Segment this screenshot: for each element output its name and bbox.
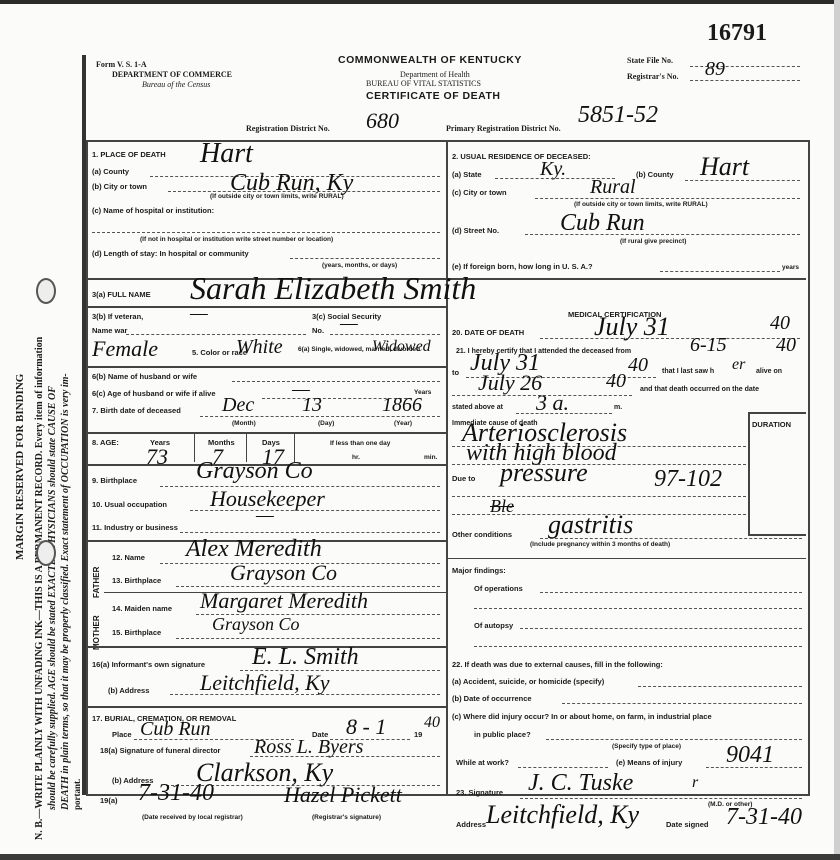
while-at-work-label: While at work? — [456, 758, 509, 767]
due-to-label: Due to — [452, 474, 475, 483]
reg-district-number: 680 — [366, 108, 399, 134]
certifier-signature: J. C. Tuske — [528, 770, 633, 797]
due-to-value: pressure — [500, 458, 588, 488]
birthplace-label: 9. Birthplace — [92, 476, 137, 485]
last-saw-suffix: er — [732, 356, 745, 374]
full-name-value: Sarah Elizabeth Smith — [190, 270, 476, 307]
death-certificate: MARGIN RESERVED FOR BINDING N. B.—WRITE … — [0, 0, 840, 860]
operations-line-2 — [474, 608, 802, 609]
external-c-line — [546, 739, 802, 740]
res-state-label: (a) State — [452, 170, 482, 179]
res-city-label: (c) City or town — [452, 188, 507, 197]
burial-place-label: Place — [112, 730, 132, 739]
external-c-label: (c) Where did injury occur? In or about … — [452, 712, 712, 721]
marital-value: Widowed — [372, 338, 431, 356]
spouse-name-line — [232, 381, 440, 382]
informant-sig-label: 16(a) Informant's own signature — [92, 660, 205, 669]
res-street-hint: (If rural give precinct) — [620, 238, 686, 245]
dept-health: Department of Health — [400, 70, 470, 79]
margin-instructions-1: N. B.—WRITE PLAINLY WITH UNFADING INK—TH… — [34, 337, 45, 840]
birth-month-value: Dec — [222, 394, 254, 417]
birth-year-hint: (Year) — [394, 420, 412, 427]
scan-border-bottom — [0, 854, 840, 860]
reg-district-label: Registration District No. — [246, 124, 330, 133]
birth-date-line — [200, 416, 440, 417]
certifier-sig-line — [520, 798, 802, 799]
last-alive-value: July 26 — [478, 370, 542, 396]
margin-instructions-4: portant. — [72, 779, 82, 810]
occupation-label: 10. Usual occupation — [92, 500, 167, 509]
birthplace-value: Grayson Co — [196, 458, 313, 485]
mother-birth-label: 15. Birthplace — [112, 628, 161, 637]
father-birth-label: 13. Birthplace — [112, 576, 161, 585]
full-name-label: 3(a) FULL NAME — [92, 290, 151, 299]
other-conditions-value: gastritis — [548, 510, 633, 540]
foreign-born-unit: years — [782, 264, 799, 271]
veteran-value: — — [190, 302, 208, 325]
duration-label: DURATION — [752, 420, 791, 429]
immediate-line-2 — [452, 464, 746, 465]
informant-address-label: (b) Address — [108, 686, 149, 695]
duration-box — [748, 412, 806, 536]
birth-row-divider — [86, 432, 446, 434]
occupation-line — [190, 510, 440, 511]
while-at-work-line — [518, 767, 608, 768]
length-stay-label: (d) Length of stay: In hospital or commu… — [92, 249, 249, 258]
ssn-line — [330, 334, 440, 335]
spouse-name-label: 6(b) Name of husband or wife — [92, 372, 197, 381]
attended-to-label: to — [452, 368, 459, 377]
registrar-no-line — [690, 80, 800, 81]
informant-address-value: Leitchfield, Ky — [200, 670, 330, 696]
external-a-line — [638, 686, 802, 687]
birth-date-label: 7. Birth date of deceased — [92, 406, 181, 415]
date-death-line — [540, 338, 800, 339]
certificate-title: CERTIFICATE OF DEATH — [366, 90, 500, 102]
res-county-line — [685, 180, 800, 181]
scan-border-top — [0, 0, 840, 4]
burial-year-prefix: 19 — [414, 730, 422, 739]
attended-to-year: 40 — [628, 354, 648, 377]
major-findings-label: Major findings: — [452, 566, 506, 575]
mother-birth-line — [176, 638, 440, 639]
funeral-director-line — [250, 756, 440, 757]
stated-text: stated above at — [452, 404, 503, 411]
last-alive-year: 40 — [606, 370, 626, 393]
res-street-line — [525, 234, 800, 235]
date-death-label: 20. DATE OF DEATH — [452, 328, 524, 337]
time-suffix: m. — [614, 404, 622, 411]
certifier-sig-suffix: r — [692, 774, 698, 792]
hospital-line — [92, 232, 440, 233]
attended-from-value: 6-15 — [690, 334, 727, 357]
other-conditions-label: Other conditions — [452, 530, 512, 539]
department-name: DEPARTMENT OF COMMERCE — [112, 70, 232, 79]
informant-signature: E. L. Smith — [252, 644, 359, 671]
father-name-label: 12. Name — [112, 553, 145, 562]
res-street-value: Cub Run — [560, 210, 645, 237]
occurred-text: and that death occurred on the date — [640, 386, 759, 393]
place-of-death-title: 1. PLACE OF DEATH — [92, 150, 166, 159]
means-injury-line — [706, 767, 802, 768]
center-divider — [446, 140, 448, 796]
death-county-value: Hart — [200, 138, 253, 170]
res-county-label: (b) County — [636, 170, 674, 179]
last-saw-text: that I last saw h — [662, 368, 714, 375]
external-c-label-2: in public place? — [474, 730, 531, 739]
operations-line-1 — [540, 592, 802, 593]
length-stay-hint: (years, months, or days) — [322, 262, 397, 269]
res-street-label: (d) Street No. — [452, 226, 499, 235]
autopsy-label: Of autopsy — [474, 621, 513, 630]
date-received-hint: (Date received by local registrar) — [142, 814, 243, 821]
death-city-hint: (If outside city or town limits, write R… — [210, 193, 344, 200]
informant-address-line — [170, 694, 440, 695]
min-label: min. — [424, 454, 437, 461]
death-county-label: (a) County — [92, 167, 129, 176]
res-county-value: Hart — [700, 152, 749, 182]
industry-line — [180, 532, 440, 533]
attended-from-year: 40 — [776, 334, 796, 357]
burial-place-value: Cub Run — [140, 718, 211, 741]
hr-label: hr. — [352, 454, 360, 461]
death-city-line — [168, 191, 440, 192]
binding-margin: MARGIN RESERVED FOR BINDING N. B.—WRITE … — [0, 40, 78, 840]
date-received-value: 7-31-40 — [138, 780, 214, 807]
date-signed-value: 7-31-40 — [726, 804, 802, 831]
certifier-address-label: Address — [456, 820, 486, 829]
birth-year-value: 1866 — [382, 394, 422, 417]
hospital-label: (c) Name of hospital or institution: — [92, 206, 214, 215]
res-city-value: Rural — [590, 176, 636, 199]
form-number: Form V. S. 1-A — [96, 60, 147, 69]
external-b-label: (b) Date of occurrence — [452, 694, 532, 703]
funeral-director-label: 18(a) Signature of funeral director — [100, 746, 220, 755]
autopsy-line-2 — [474, 646, 802, 647]
ssn-no-label: No. — [312, 326, 324, 335]
date-signed-label: Date signed — [666, 820, 709, 829]
external-title: 22. If death was due to external causes,… — [452, 660, 663, 669]
registrar-no-label: Registrar's No. — [627, 72, 679, 81]
margin-instructions-3: DEATH in plain terms, so that it may be … — [60, 373, 71, 810]
mother-tag: MOTHER — [92, 615, 101, 650]
scan-border-right — [834, 0, 840, 860]
certifier-address-value: Leitchfield, Ky — [486, 800, 639, 830]
spouse-age-label: 6(c) Age of husband or wife if alive — [92, 389, 216, 398]
foreign-born-line — [660, 271, 780, 272]
birth-month-hint: (Month) — [232, 420, 256, 427]
veteran-label: 3(b) If veteran, — [92, 312, 143, 321]
residence-title: 2. USUAL RESIDENCE OF DECEASED: — [452, 152, 591, 161]
external-a-label: (a) Accident, suicide, or homicide (spec… — [452, 677, 604, 686]
certifier-sig-label: 23. Signature — [456, 788, 503, 797]
father-birth-line — [176, 586, 440, 587]
hospital-hint: (If not in hospital or institution write… — [140, 236, 333, 243]
bureau-census: Bureau of the Census — [142, 80, 210, 89]
primary-district-number: 5851-52 — [578, 102, 658, 129]
commonwealth-title: COMMONWEALTH OF KENTUCKY — [338, 54, 522, 66]
alive-on-text: alive on — [756, 368, 782, 375]
industry-label: 11. Industry or business — [92, 523, 178, 532]
birth-day-value: 13 — [302, 394, 322, 417]
ssn-value: — — [340, 312, 358, 335]
date-death-year: 40 — [770, 312, 790, 335]
res-city-line — [535, 198, 800, 199]
mother-name-label: 14. Maiden name — [112, 604, 172, 613]
father-birth-value: Grayson Co — [230, 560, 337, 586]
color-value: White — [236, 336, 283, 359]
name-war-label: Name war — [92, 326, 127, 335]
age-years-value: 73 — [146, 444, 168, 470]
time-line — [516, 413, 612, 414]
res-city-hint: (If outside city or town limits, write R… — [574, 201, 708, 208]
name-divider — [86, 306, 446, 308]
sex-row-divider — [86, 366, 446, 368]
registrar-number: 89 — [705, 58, 725, 81]
mother-birth-value: Grayson Co — [212, 614, 300, 635]
other-conditions-hint: (Include pregnancy within 3 months of de… — [530, 541, 670, 548]
burial-year-value: 40 — [424, 714, 440, 732]
binding-hole-bottom — [36, 540, 56, 566]
sex-value: Female — [92, 336, 158, 362]
binding-hole-top — [36, 278, 56, 304]
age-label: 8. AGE: — [92, 438, 119, 447]
cause-code: 97-102 — [654, 466, 722, 493]
operations-label: Of operations — [474, 584, 523, 593]
registrar-row-label: 19(a) — [100, 796, 118, 805]
margin-instructions-2: should be carefully supplied. AGE should… — [47, 386, 58, 810]
primary-district-label: Primary Registration District No. — [446, 124, 561, 133]
registrar-signature: Hazel Pickett — [284, 782, 402, 808]
birth-day-hint: (Day) — [318, 420, 334, 427]
means-injury-label: (e) Means of injury — [616, 758, 682, 767]
death-city-label: (b) City or town — [92, 182, 147, 191]
state-file-label: State File No. — [627, 56, 673, 65]
name-war-line — [126, 334, 306, 335]
mother-name-value: Margaret Meredith — [200, 588, 368, 614]
registrar-sig-hint: (Registrar's signature) — [312, 814, 381, 821]
other-conditions-line — [540, 538, 802, 539]
age-divider-1 — [194, 434, 195, 462]
bureau-vital: BUREAU OF VITAL STATISTICS — [366, 79, 481, 88]
margin-reserved-text: MARGIN RESERVED FOR BINDING — [14, 374, 26, 560]
industry-value: — — [256, 504, 274, 527]
file-number-stamp: 16791 — [707, 20, 767, 47]
external-b-line — [562, 703, 802, 704]
means-injury-value: 9041 — [726, 742, 774, 769]
less-day-label: If less than one day — [330, 440, 390, 447]
father-tag: FATHER — [92, 567, 101, 598]
father-name-value: Alex Meredith — [186, 536, 322, 563]
autopsy-line-1 — [520, 628, 802, 629]
external-c-hint: (Specify type of place) — [612, 743, 681, 750]
length-stay-line — [290, 258, 440, 259]
major-divider — [446, 558, 806, 559]
informant-divider — [86, 706, 446, 708]
